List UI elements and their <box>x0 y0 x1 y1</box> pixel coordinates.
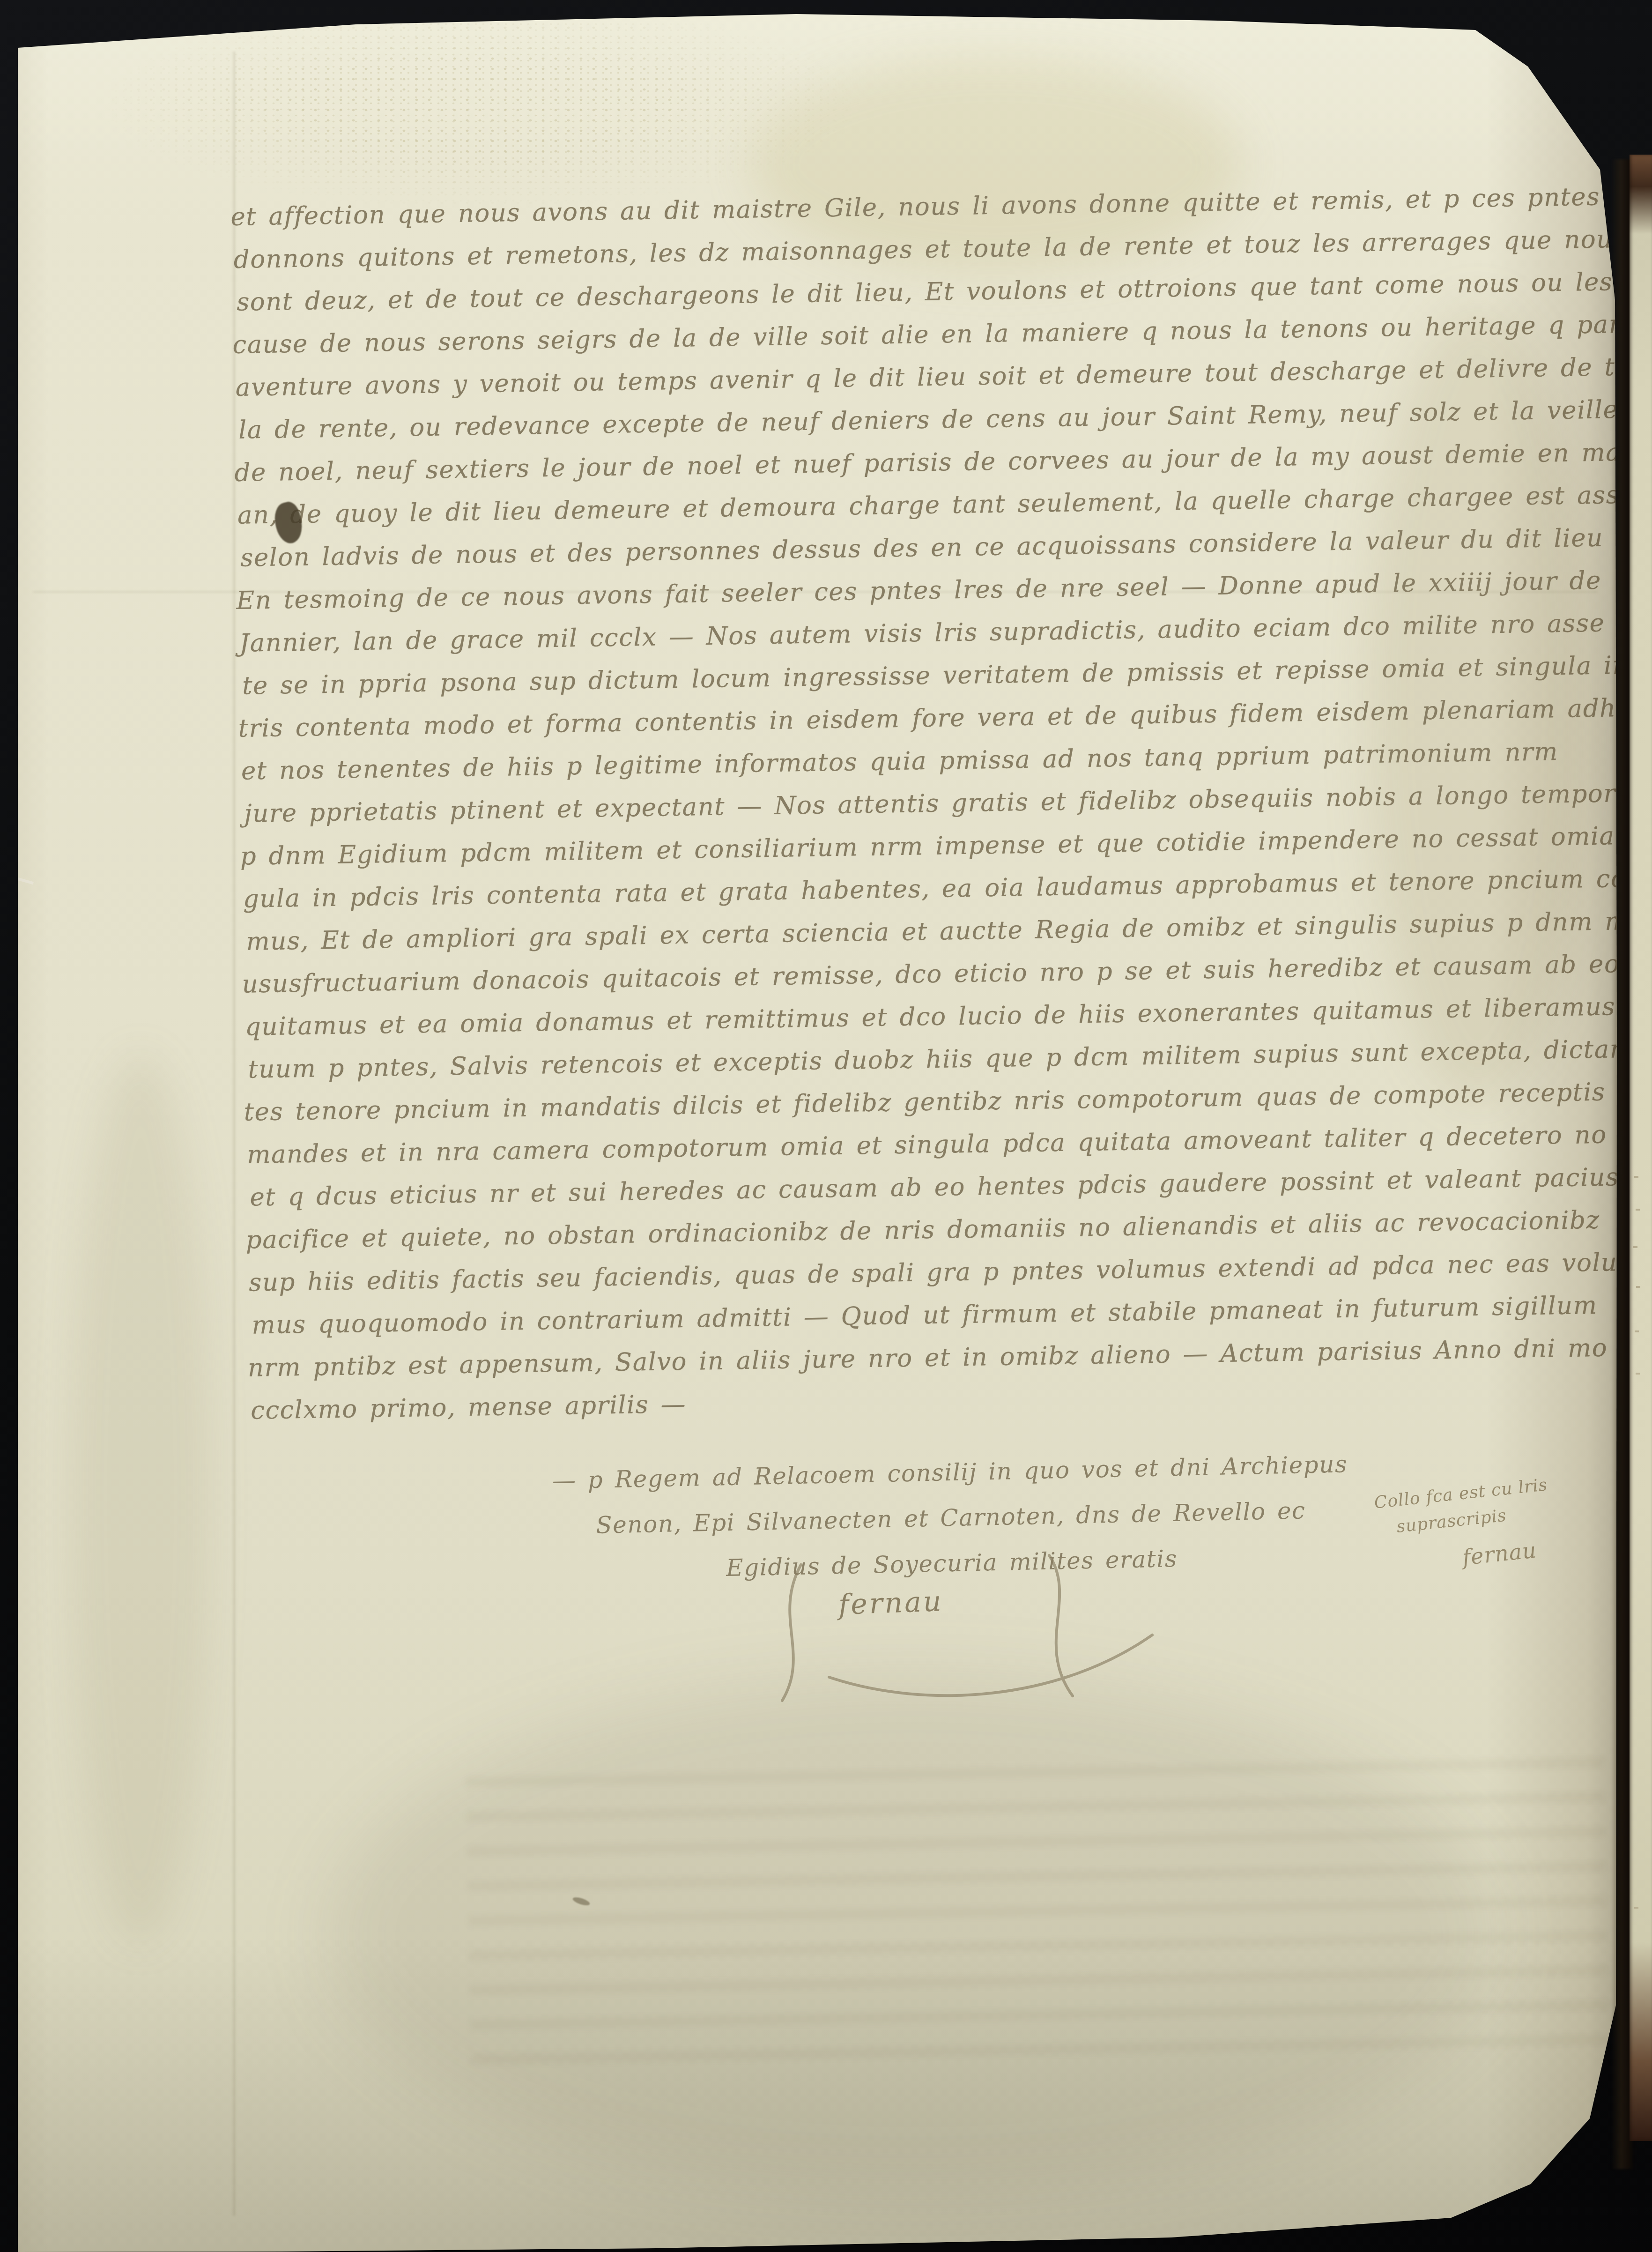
manuscript-text-line: Jannier, lan de grace mil ccclx — Nos au… <box>239 610 1605 658</box>
closing-formula-block: — p Regem ad Relacoem consilij in quo vo… <box>537 1442 1364 1595</box>
manuscript-text-line: pacifice et quiete, no obstan ordinacion… <box>245 1207 1600 1254</box>
manuscript-text-line: et q dcus eticius nr et sui heredes ac c… <box>250 1163 1652 1211</box>
manuscript-text-line: mus, Et de ampliori gra spali ex certa s… <box>246 906 1652 956</box>
manuscript-text-line: de noel, neuf sextiers le jour de noel e… <box>234 437 1652 487</box>
manuscript-text-line: cause de nous serons seigrs de la de vil… <box>232 311 1622 359</box>
manuscript-text-line: sup hiis editis factis seu faciendis, qu… <box>249 1249 1618 1297</box>
manuscript-text-line: te se in ppria psona sup dictum locum in… <box>242 651 1652 700</box>
manuscript-text-line: mandes et in nra camera compotorum omia … <box>247 1119 1652 1169</box>
manuscript-text-line: En tesmoing de ce nous avons fait seeler… <box>236 567 1601 615</box>
text-block: et affection que nous avons au dit maist… <box>0 0 1652 2252</box>
photograph-background: et affection que nous avons au dit maist… <box>0 0 1652 2252</box>
manuscript-text-line: an, de quoy le dit lieu demeure et demou… <box>237 480 1652 529</box>
manuscript-page: et affection que nous avons au dit maist… <box>0 0 1652 2252</box>
manuscript-text-line: tris contenta modo et forma contentis in… <box>238 694 1652 743</box>
manuscript-text-line: et nos tenentes de hiis p legitime infor… <box>241 738 1559 785</box>
manuscript-text-line: donnons quitons et remetons, les dz mais… <box>233 225 1652 274</box>
next-folio-edge <box>1630 155 1652 2141</box>
manuscript-text-line: nrm pntibz est appensum, Salvo in aliis … <box>247 1335 1608 1382</box>
chancery-signature: fernau <box>838 1587 943 1619</box>
manuscript-text-line: tuum p pntes, Salvis retencois et except… <box>248 1036 1627 1084</box>
manuscript-text-line: gula in pdcis lris contenta rata et grat… <box>243 864 1652 913</box>
manuscript-text-line: tes tenore pncium in mandatis dilcis et … <box>244 1078 1652 1126</box>
manuscript-text-line: sont deuz, et de tout ce deschargeons le… <box>237 268 1652 316</box>
manuscript-text-line: p dnm Egidium pdcm militem et consiliari… <box>240 822 1652 871</box>
manuscript-text-line: ususfructuarium donacois quitacois et re… <box>242 949 1652 998</box>
manuscript-text-line: quitamus et ea omia donamus et remittimu… <box>245 992 1652 1041</box>
manuscript-text-line: mus quoquomodo in contrarium admitti — Q… <box>252 1292 1598 1339</box>
manuscript-text-line: jure pprietatis ptinent et expectant — N… <box>244 780 1631 828</box>
manuscript-text-line: aventure avons y venoit ou temps avenir … <box>235 353 1652 401</box>
manuscript-text-line: et affection que nous avons au dit maist… <box>230 183 1652 231</box>
manuscript-text-line: la de rente, ou redevance excepte de neu… <box>238 396 1619 444</box>
manuscript-text-line: selon ladvis de nous et des personnes de… <box>240 523 1652 572</box>
manuscript-text-line: ccclxmo primo, mense aprilis — <box>251 1391 687 1425</box>
next-folio-text-marks <box>1634 1176 1638 1178</box>
